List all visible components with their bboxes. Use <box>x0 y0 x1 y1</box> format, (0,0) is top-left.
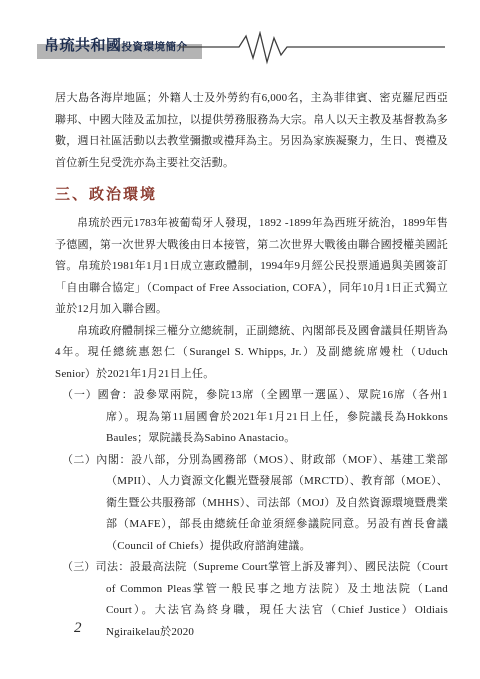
page-number: 2 <box>74 620 82 637</box>
list-item-label: （三） <box>62 561 96 573</box>
list-item-label: （一） <box>62 389 98 401</box>
government-branch-list: （一）國會：設參眾兩院，參院13席（全國單一選區）、眾院16席（各州1席）。現為… <box>62 385 448 643</box>
list-item-judiciary: （三）司法：設最高法院（Supreme Court掌管上訴及審判）、國民法院（C… <box>62 557 448 643</box>
page-header: 帛琉共和國投資環境簡介 <box>0 0 480 70</box>
paragraph-government: 帛琉政府體制採三權分立總統制，正副總統、內閣部長及國會議員任期皆為4年。現任總統… <box>55 321 448 386</box>
paragraph-history: 帛琉於西元1783年被葡萄牙人發現，1892 -1899年為西班牙統治，1899… <box>55 213 448 321</box>
document-body: 居大島各海岸地區；外籍人士及外勞約有6,000名，主為菲律賓、密克羅尼西亞聯邦、… <box>55 88 448 643</box>
list-item-text: 內閣：設八部，分別為國務部（MOS）、財政部（MOF）、基建工業部（MPII）、… <box>96 454 448 552</box>
list-item-label: （二） <box>62 454 96 466</box>
list-item-text: 國會：設參眾兩院，參院13席（全國單一選區）、眾院16席（各州1席）。現為第11… <box>98 389 448 444</box>
list-item-text: 司法：設最高法院（Supreme Court掌管上訴及審判）、國民法院（Cour… <box>96 561 448 638</box>
list-item-congress: （一）國會：設參眾兩院，參院13席（全國單一選區）、眾院16席（各州1席）。現為… <box>62 385 448 450</box>
heartbeat-line-icon <box>179 31 447 67</box>
list-item-cabinet: （二）內閣：設八部，分別為國務部（MOS）、財政部（MOF）、基建工業部（MPI… <box>62 450 448 558</box>
doc-title-sub: 投資環境簡介 <box>122 41 188 53</box>
doc-title-main: 帛琉共和國 <box>44 37 122 54</box>
section-heading-politics: 三、政治環境 <box>55 183 448 207</box>
paragraph-demographics: 居大島各海岸地區；外籍人士及外勞約有6,000名，主為菲律賓、密克羅尼西亞聯邦、… <box>55 88 448 174</box>
